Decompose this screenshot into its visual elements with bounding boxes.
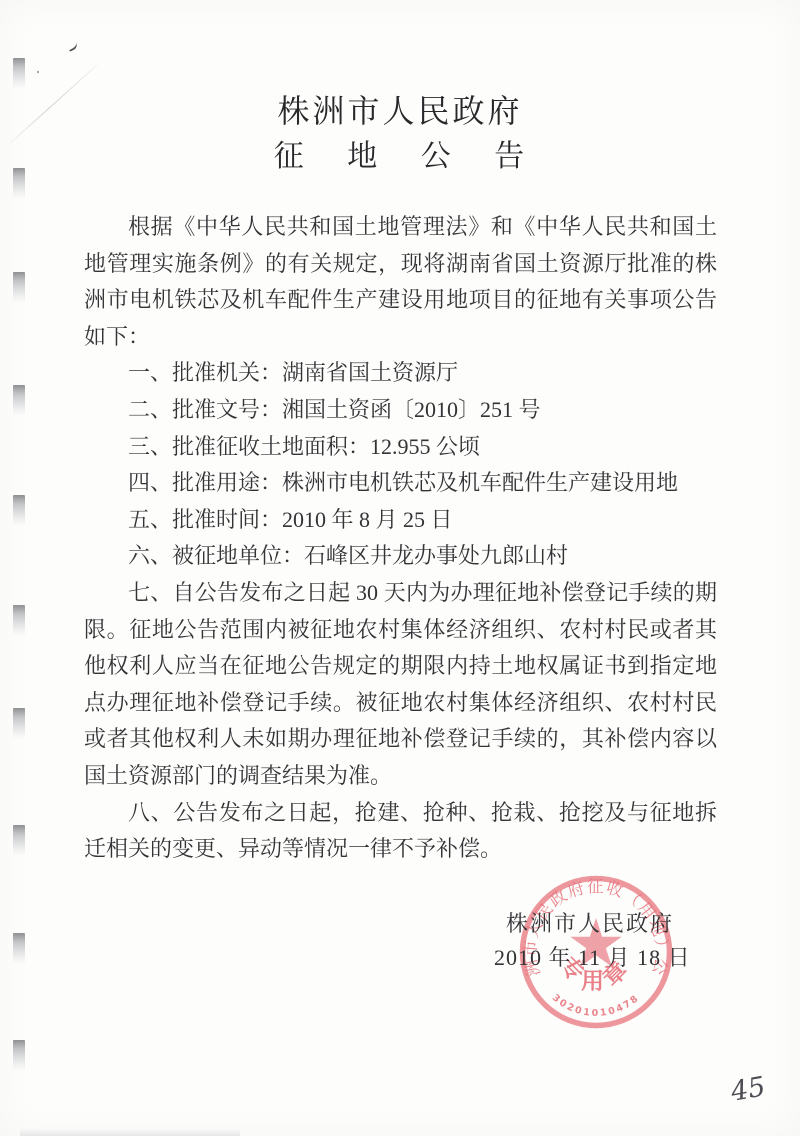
item-2-doc-number: 二、批准文号：湘国土资函〔2010〕251 号 [84,392,717,429]
binding-hole [13,605,25,636]
signature-authority: 株洲市人民政府 [506,907,686,938]
signature-date: 2010 年 11 月 18 日 [494,941,694,972]
document-subtitle: 征 地 公 告 [8,131,800,175]
pen-mark [67,42,79,52]
pen-dot [37,71,39,73]
binding-hole [13,1040,25,1071]
scan-smudge [20,1128,240,1136]
binding-hole [13,825,25,856]
handwritten-page-number: 45 [729,1071,768,1107]
item-5-approval-date: 五、批准时间：2010 年 8 月 25 日 [84,502,717,539]
binding-hole [13,385,25,416]
item-3-land-area: 三、批准征收土地面积：12.955 公顷 [84,429,717,466]
document-body: 根据《中华人民共和国土地管理法》和《中华人民共和国土地管理实施条例》的有关规定，… [84,209,717,868]
item-6-affected-unit: 六、被征地单位：石峰区井龙办事处九郎山村 [84,538,717,575]
binding-hole [13,272,25,303]
binding-hole [13,58,25,89]
item-7-registration: 七、自公告发布之日起 30 天内为办理征地补偿登记手续的期限。征地公告范围内被征… [84,575,717,795]
scanned-document-page: 株洲市人民政府 征 地 公 告 根据《中华人民共和国土地管理法》和《中华人民共和… [0,0,800,1136]
binding-hole [13,495,25,526]
paragraph-intro: 根据《中华人民共和国土地管理法》和《中华人民共和国土地管理实施条例》的有关规定，… [84,209,717,355]
binding-hole [13,933,25,964]
item-1-authority: 一、批准机关：湖南省国土资源厅 [84,355,717,392]
item-4-purpose: 四、批准用途：株洲市电机铁芯及机车配件生产建设用地 [84,465,717,502]
binding-hole [13,708,25,739]
document-title: 株洲市人民政府 [0,86,800,132]
